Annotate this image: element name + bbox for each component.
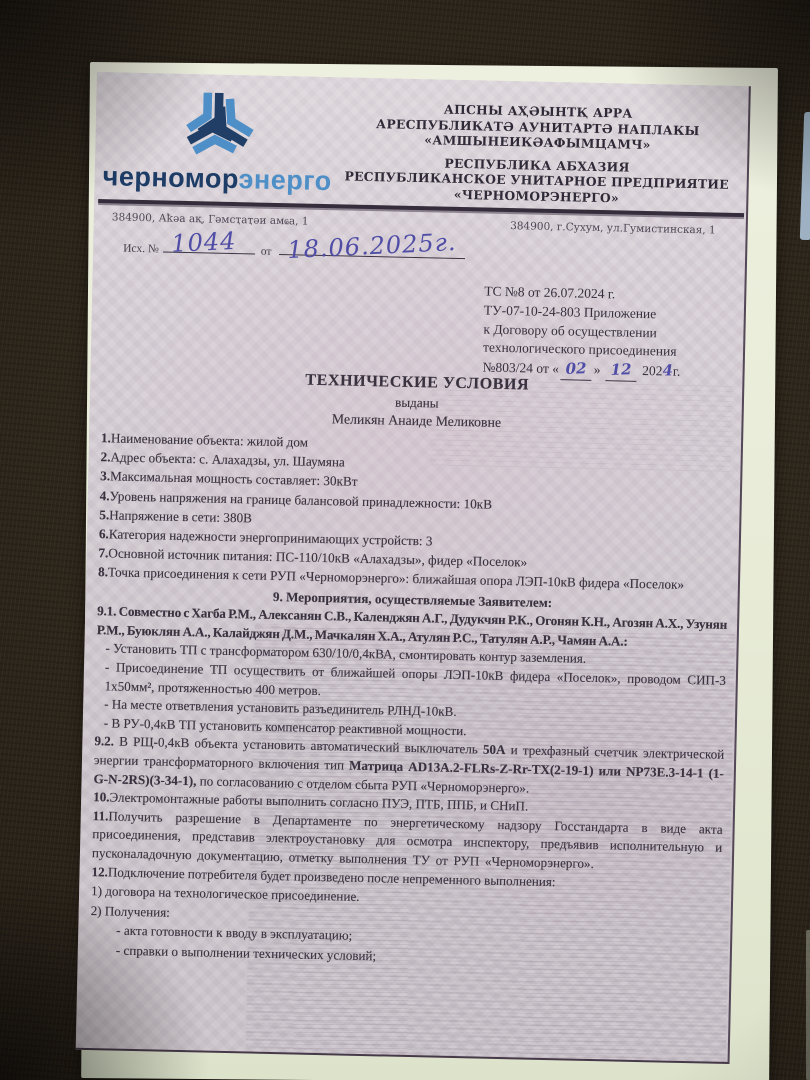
item-number: 5. — [99, 507, 109, 522]
item-text: Наименование объекта: жилой дом — [111, 430, 308, 449]
item-number: 1. — [101, 430, 111, 445]
address-left: 384900, Аҟәа ақ, Гәмсҭаҭәи амҩа, 1 — [112, 211, 309, 227]
address-right: 384900, г.Сухум, ул.Гумистинская, 1 — [510, 220, 716, 236]
outgoing-from-label: от — [261, 246, 272, 258]
item-number: 12. — [91, 864, 108, 879]
letterhead: черноморэнерго АПСНЫ АҲӘЫНТҚ АРРА АРЕСПУ… — [102, 84, 744, 208]
logo-wordmark-dark: черномор — [102, 161, 239, 194]
letterhead-text: АПСНЫ АҲӘЫНТҚ АРРА АРЕСПУБЛИКАТӘ АУНИТАР… — [330, 89, 744, 208]
outgoing-date-blank: 18.06.2025г. — [279, 254, 465, 259]
tc-reference-block: ТС №8 от 26.07.2024 г. ТУ-07-10-24-803 П… — [482, 283, 740, 385]
logo-wordmark-light: энерго — [238, 164, 332, 196]
item-text: Напряжение в сети: 380В — [109, 507, 252, 525]
tc-line5-mid: » — [594, 362, 601, 377]
item-number: 4. — [100, 488, 110, 503]
item-number: 3. — [100, 469, 110, 484]
outgoing-number-blank: 1044 — [163, 251, 255, 254]
document-sheet: черноморэнерго АПСНЫ АҲӘЫНТҚ АРРА АРЕСПУ… — [76, 72, 751, 1064]
outgoing-number-label: Исх. № — [123, 243, 159, 256]
outgoing-date-handwritten: 18.06.2025г. — [287, 228, 457, 264]
tc-year-printed: 202 — [642, 363, 663, 378]
item-text: Максимальная мощность составляет: 30кВт — [110, 469, 358, 489]
outgoing-ref-line: Исх. №1044от18.06.2025г. — [123, 243, 466, 262]
item-number: 11. — [93, 808, 109, 823]
clause-9-2-number: 9.2. — [94, 733, 114, 748]
tc-year-suffix: г. — [673, 364, 681, 379]
item-number: 6. — [99, 526, 109, 541]
page-edge-sliver — [800, 112, 810, 240]
document-body: ТЕХНИЧЕСКИЕ УСЛОВИЯ выданы Меликян Анаид… — [90, 366, 733, 973]
chernomorenergo-logo-icon — [177, 88, 259, 164]
item-number: 7. — [98, 545, 108, 560]
page-edge-sliver-bottom — [806, 930, 810, 1080]
logo-wordmark: черноморэнерго — [102, 162, 331, 195]
breaker-rating: 50А — [483, 742, 506, 757]
company-logo: черноморэнерго — [102, 84, 332, 199]
item-number: 10. — [93, 789, 110, 804]
outgoing-number-handwritten: 1044 — [170, 227, 236, 258]
item-number: 8. — [98, 565, 108, 580]
item-text: Получить разрешение в Департаменте по эн… — [92, 808, 723, 871]
photo-background: черноморэнерго АПСНЫ АҲӘЫНТҚ АРРА АРЕСПУ… — [0, 0, 810, 1080]
conditions-list: 1.Наименование объекта: жилой дом 2.Адре… — [98, 428, 731, 595]
item-number: 2. — [100, 449, 110, 464]
